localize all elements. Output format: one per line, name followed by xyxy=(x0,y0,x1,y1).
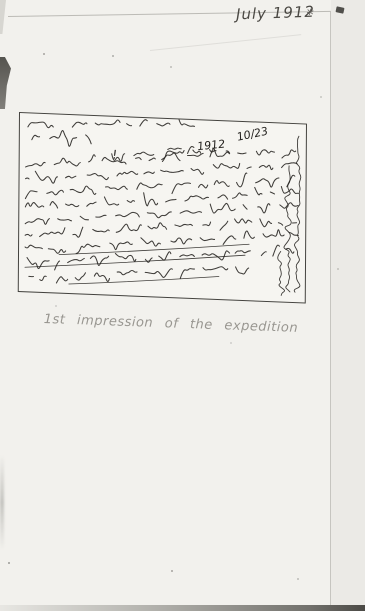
card-exclamation: ! xyxy=(112,148,118,162)
annotation-july-1912: July 1912 xyxy=(236,3,316,24)
scanner-edge-left-strip xyxy=(0,57,11,109)
scanner-edge-bottom-strip xyxy=(0,605,365,611)
paper-crease xyxy=(150,34,301,51)
card-year: 1912 xyxy=(196,137,225,153)
caption-pencil: 1st impression of the expedition xyxy=(43,312,298,336)
postcard: 191210/23! xyxy=(18,112,307,304)
torn-paper-edge-top-left xyxy=(0,0,6,34)
handwriting-svg: 191210/23! xyxy=(19,113,307,303)
left-edge-smudge xyxy=(0,455,4,550)
card-day-fraction: 10/23 xyxy=(236,125,270,144)
right-margin-shading xyxy=(331,0,365,611)
scanned-page: July 1912 * 191210/23! 1st impression of… xyxy=(0,0,365,611)
